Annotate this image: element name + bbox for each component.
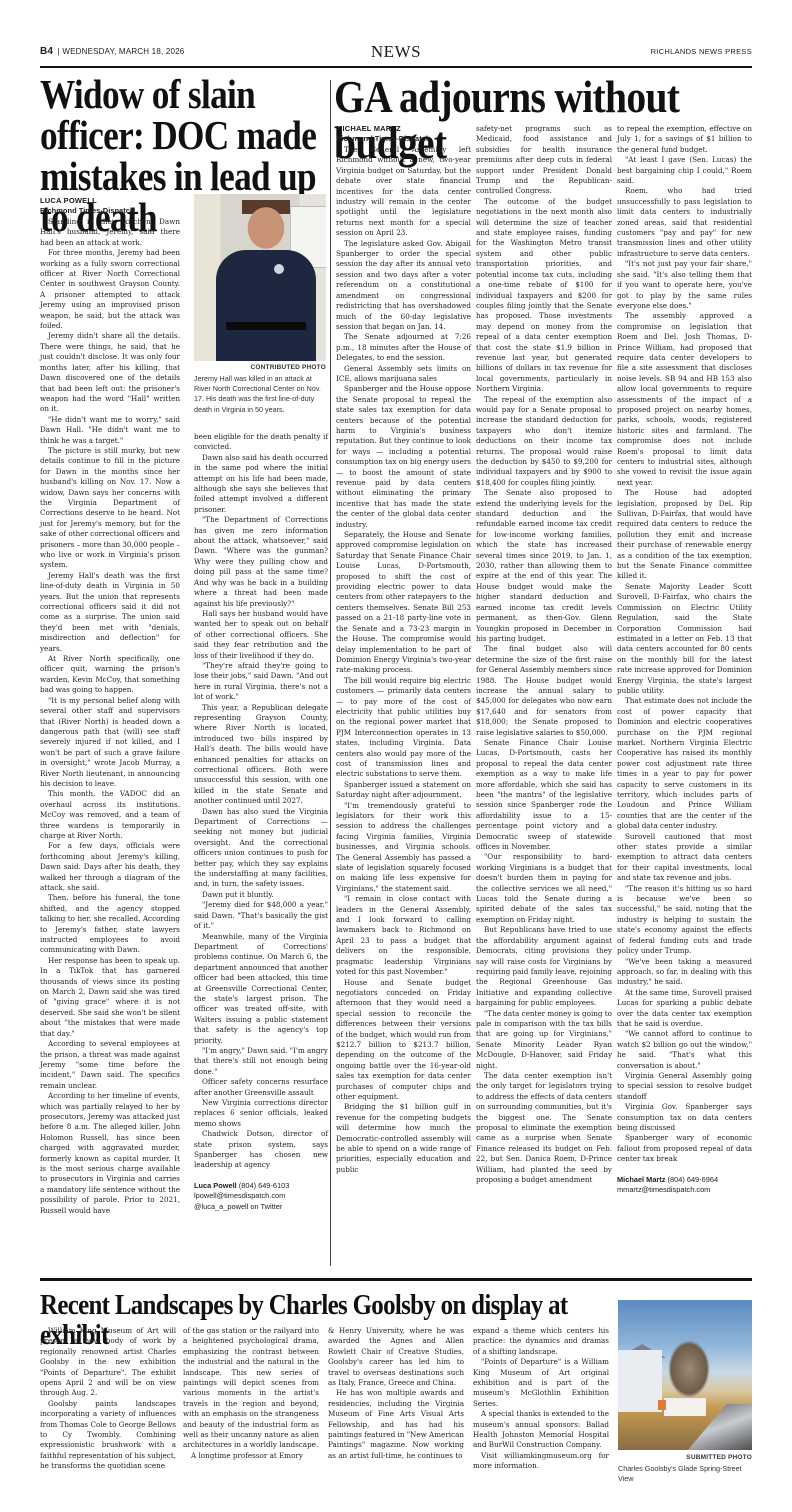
photo-caption: Charles Goolsby's Glade Spring-Street Vi… bbox=[618, 1464, 752, 1484]
painting-tree-shape bbox=[668, 1340, 710, 1398]
paragraph: Roem, who had tried unsuccessfully to pa… bbox=[617, 186, 752, 259]
paragraph: "Points of Departure" is a William King … bbox=[473, 1357, 609, 1409]
paragraph: A special thanks is extended to the muse… bbox=[473, 1409, 609, 1451]
paragraph: "We cannot afford to continue to watch $… bbox=[617, 1029, 752, 1071]
paragraph: The repeal of the exemption also would p… bbox=[476, 395, 612, 489]
signoff-widow: Luca Powell (804) 649-6103 lpowell@times… bbox=[194, 1181, 328, 1212]
paragraph: The assembly approved a compromise on le… bbox=[617, 311, 752, 488]
paragraph: The bill would require big electric cust… bbox=[336, 676, 471, 780]
paragraph: Surovell cautioned that most other state… bbox=[617, 832, 752, 884]
section-rule bbox=[40, 1278, 752, 1281]
widow-column-1: Standing in their kitchen, Dawn Hall's h… bbox=[40, 217, 180, 1216]
paragraph: William King Museum of Art will present … bbox=[40, 1326, 176, 1399]
budget-column-1: The General Assembly left Richmond witho… bbox=[336, 145, 471, 1175]
paragraph: "The data center money is going to pale … bbox=[476, 1009, 612, 1071]
paragraph: Dawn put it bluntly. bbox=[194, 890, 328, 900]
paragraph: "I remain in close contact with leaders … bbox=[336, 894, 471, 977]
paragraph: been eligible for the death penalty if c… bbox=[194, 432, 328, 453]
paragraph: The General Assembly left Richmond witho… bbox=[336, 145, 471, 239]
budget-column-3: to repeal the exemption, effective on Ju… bbox=[617, 124, 752, 1195]
paragraph: According to her timeline of events, whi… bbox=[40, 1091, 180, 1216]
paragraph: Senate Finance Chair Louise Lucas, D-Por… bbox=[476, 738, 612, 852]
paragraph: "Jeremy died for $48,000 a year," said D… bbox=[194, 900, 328, 931]
paragraph: The Senate adjourned at 7:26 p.m., 18 mi… bbox=[336, 332, 471, 363]
paragraph: But Republicans have tried to use the af… bbox=[476, 925, 612, 1008]
paragraph: Standing in their kitchen, Dawn Hall's h… bbox=[40, 217, 180, 248]
paragraph: The picture is still murky, but new deta… bbox=[40, 446, 180, 571]
related-link[interactable]: Virginia General Assembly going to speci… bbox=[617, 1071, 752, 1102]
paragraph: The data center exemption isn't the only… bbox=[476, 1071, 612, 1185]
paragraph: This year, a Republican delegate represe… bbox=[194, 703, 328, 807]
paragraph: At the same time, Surovell praised Lucas… bbox=[617, 988, 752, 1030]
paragraph: Jeremy didn't share all the details. The… bbox=[40, 331, 180, 414]
paragraph: For a few days, officials were forthcomi… bbox=[40, 841, 180, 893]
paragraph: Her response has been to speak up. In a … bbox=[40, 956, 180, 1039]
photo-jeremy-hall bbox=[194, 194, 326, 361]
paragraph: Meanwhile, many of the Virginia Departme… bbox=[194, 932, 328, 1046]
paragraph: "They're afraid they're going to lose th… bbox=[194, 661, 328, 703]
related-link[interactable]: Officer safety concerns resurface after … bbox=[194, 1077, 328, 1098]
signoff-twitter[interactable]: @luca_a_powell on Twitter bbox=[194, 1202, 328, 1212]
signoff-name: Luca Powell bbox=[194, 1181, 237, 1190]
painting-house-shape bbox=[618, 1350, 662, 1412]
paragraph: "It's not just pay your fair share," she… bbox=[617, 259, 752, 311]
paragraph: Dawn also said his death occurred in the… bbox=[194, 453, 328, 515]
paragraph: Jeremy Hall's death was the first line-o… bbox=[40, 571, 180, 654]
top-rule bbox=[40, 66, 752, 68]
paragraph: expand a theme which centers his practic… bbox=[473, 1326, 609, 1357]
photo-caption: Jeremy Hall was killed in an attack at R… bbox=[194, 374, 326, 415]
paragraph: "Our responsibility to hard-working Virg… bbox=[476, 852, 612, 925]
page-folio: B4 | WEDNESDAY, MARCH 18, 2026 NEWS RICH… bbox=[40, 44, 752, 60]
byline-budget: MICHAEL MARTZ bbox=[336, 124, 471, 134]
affiliation-budget: Richmond Times-Dispatch bbox=[336, 134, 471, 144]
related-link[interactable]: Chadwick Dotson, director of state priso… bbox=[194, 1129, 328, 1171]
affiliation-widow: Richmond Times-Dispatch bbox=[40, 206, 180, 216]
exhibit-caption-block: SUBMITTED PHOTO Charles Goolsby's Glade … bbox=[618, 1454, 752, 1484]
related-link[interactable]: New Virginia corrections director replac… bbox=[194, 1098, 328, 1129]
signoff-phone: (804) 649-6103 bbox=[239, 1181, 290, 1190]
painting-shed-shape bbox=[664, 1398, 706, 1416]
paragraph: The final budget also will determine the… bbox=[476, 644, 612, 738]
exhibit-column-1: William King Museum of Art will present … bbox=[40, 1326, 176, 1472]
paragraph: Then, before his funeral, the tone shift… bbox=[40, 893, 180, 955]
paragraph: "I'm angry," Dawn said. "I'm angry that … bbox=[194, 1046, 328, 1077]
photo-badge-shape bbox=[274, 264, 284, 274]
paragraph: "It is my personal belief along with sev… bbox=[40, 696, 180, 790]
photo-credit: SUBMITTED PHOTO bbox=[618, 1454, 752, 1461]
paragraph: Goolsby paints landscapes incorporating … bbox=[40, 1399, 176, 1472]
paragraph: He has won multiple awards and residenci… bbox=[328, 1388, 464, 1461]
paragraph: This month, the VADOC did an overhaul ac… bbox=[40, 789, 180, 841]
paragraph: "The reason it's hitting us so hard is b… bbox=[617, 884, 752, 957]
paragraph: "I'm tremendously grateful to legislator… bbox=[336, 801, 471, 895]
paragraph: Spanberger issued a statement on Saturda… bbox=[336, 780, 471, 801]
paragraph: "He didn't want me to worry," said Dawn … bbox=[40, 415, 180, 446]
paragraph: The House had adopted legislation, propo… bbox=[617, 488, 752, 582]
paragraph: A longtime professor at Emory bbox=[183, 1451, 319, 1461]
related-link[interactable]: Spanberger wary of economic fallout from… bbox=[617, 1133, 752, 1164]
newspaper-page: B4 | WEDNESDAY, MARCH 18, 2026 NEWS RICH… bbox=[40, 0, 752, 1512]
budget-column-2: safety-net programs such as Medicaid, fo… bbox=[476, 124, 612, 1185]
column-divider bbox=[330, 80, 331, 1266]
paragraph: Dawn has also sued the Virginia Departme… bbox=[194, 807, 328, 890]
photo-credit: CONTRIBUTED PHOTO bbox=[194, 364, 326, 371]
paragraph: That estimate does not include the cost … bbox=[617, 696, 752, 831]
signoff-email[interactable]: lpowell@timesdispatch.com bbox=[194, 1191, 328, 1201]
photo-belt-shape bbox=[226, 322, 306, 330]
paragraph: The Senate also proposed to extend the u… bbox=[476, 488, 612, 644]
paragraph: Spanberger and the House oppose the Sena… bbox=[336, 384, 471, 530]
paragraph: safety-net programs such as Medicaid, fo… bbox=[476, 124, 612, 197]
paragraph: Hall says her husband would have wanted … bbox=[194, 609, 328, 661]
related-link[interactable]: General Assembly sets limits on ICE, all… bbox=[336, 364, 471, 385]
exhibit-column-4: expand a theme which centers his practic… bbox=[473, 1326, 609, 1472]
photo-caption-block: CONTRIBUTED PHOTO Jeremy Hall was killed… bbox=[194, 364, 326, 415]
paragraph: to repeal the exemption, effective on Ju… bbox=[617, 124, 752, 155]
signoff-email[interactable]: mmartz@timesdispatch.com bbox=[617, 1185, 752, 1195]
paragraph: For three months, Jeremy had been workin… bbox=[40, 248, 180, 331]
paragraph: of the gas station or the railyard into … bbox=[183, 1326, 319, 1451]
paragraph: Visit williamkingmuseum.org for more inf… bbox=[473, 1451, 609, 1472]
signoff-phone: (804) 649-6964 bbox=[668, 1175, 719, 1184]
publication-name: RICHLANDS NEWS PRESS bbox=[651, 47, 752, 56]
budget-byline-block: MICHAEL MARTZ Richmond Times-Dispatch bbox=[336, 124, 471, 144]
exhibit-column-3: & Henry University, where he was awarded… bbox=[328, 1326, 464, 1461]
paragraph: The outcome of the budget negotiations i… bbox=[476, 197, 612, 395]
byline-widow: LUCA POWELL bbox=[40, 196, 180, 206]
widow-column-2: been eligible for the death penalty if c… bbox=[194, 432, 328, 1212]
paragraph: Senate Majority Leader Scott Surovell, D… bbox=[617, 582, 752, 696]
paragraph: The legislature asked Gov. Abigail Spanb… bbox=[336, 239, 471, 333]
signoff-name: Michael Martz bbox=[617, 1175, 665, 1184]
exhibit-column-2: of the gas station or the railyard into … bbox=[183, 1326, 319, 1461]
photo-glade-spring-painting bbox=[618, 1300, 752, 1450]
related-link[interactable]: Virginia Gov. Spanberger says consumptio… bbox=[617, 1102, 752, 1133]
section-name: NEWS bbox=[40, 42, 752, 62]
paragraph: House and Senate budget negotiators conc… bbox=[336, 978, 471, 1103]
paragraph: At River North specifically, one officer… bbox=[40, 654, 180, 696]
paragraph: Separately, the House and Senate approve… bbox=[336, 530, 471, 676]
photo-figure-shape bbox=[216, 250, 316, 361]
paragraph: "The Department of Corrections has given… bbox=[194, 515, 328, 609]
paragraph: & Henry University, where he was awarded… bbox=[328, 1326, 464, 1388]
paragraph: "We've been taking a measured approach, … bbox=[617, 957, 752, 988]
paragraph: According to several employees at the pr… bbox=[40, 1039, 180, 1091]
paragraph: Bridging the $1 billion gulf in revenue … bbox=[336, 1102, 471, 1175]
paragraph: "At least I gave (Sen. Lucas) the best b… bbox=[617, 155, 752, 186]
widow-byline-block: LUCA POWELL Richmond Times-Dispatch bbox=[40, 196, 180, 216]
signoff-budget: Michael Martz (804) 649-6964 mmartz@time… bbox=[617, 1175, 752, 1196]
